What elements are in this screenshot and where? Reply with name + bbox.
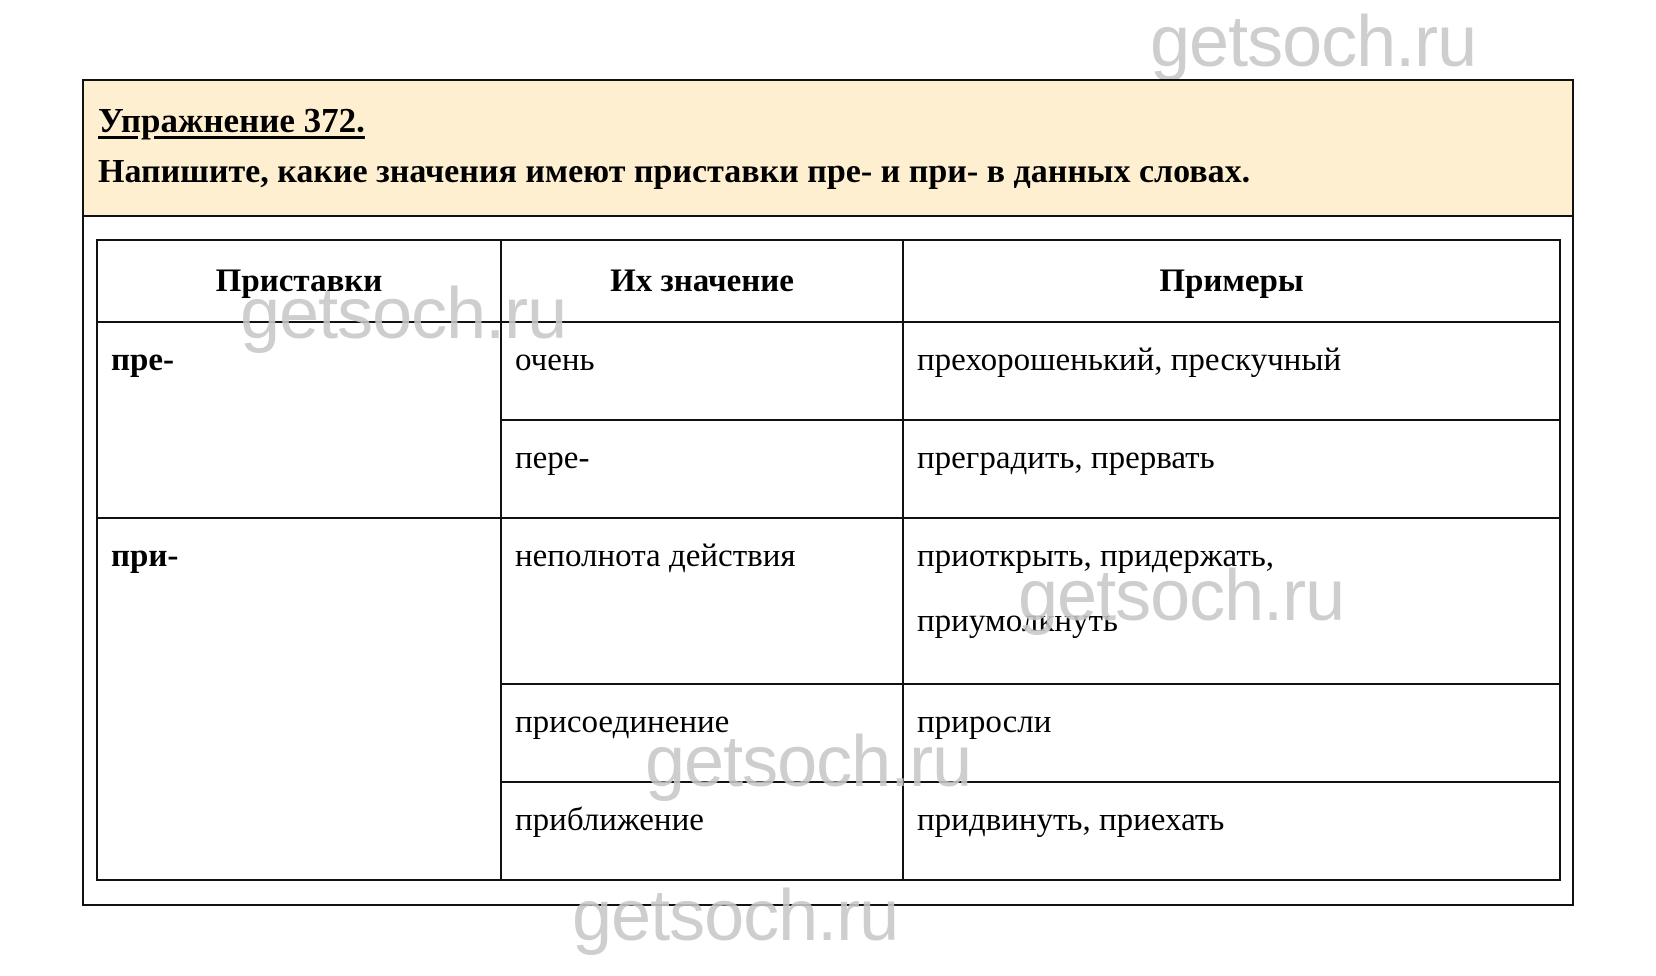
- meaning-text: неполнота действия: [515, 540, 889, 573]
- table-row: пре- очень прехорошенький, прескучный: [97, 322, 1560, 420]
- meaning-text: пере-: [515, 442, 889, 475]
- meaning-cell: очень: [501, 322, 903, 420]
- examples-text-continued: приумолкнуть: [917, 605, 1546, 638]
- table-row: при- неполнота действия приоткрыть, прид…: [97, 518, 1560, 684]
- meaning-text: приближение: [515, 804, 889, 837]
- examples-text: приоткрыть, придержать,: [917, 540, 1546, 573]
- exercise-prompt: Напишите, какие значения имеют приставки…: [98, 153, 1250, 191]
- watermark: getsoch.ru: [1150, 6, 1476, 78]
- examples-text: приросли: [917, 706, 1546, 739]
- meaning-cell: присоединение: [501, 684, 903, 782]
- prefix-label: при-: [111, 540, 487, 573]
- prefix-label: пре-: [111, 344, 487, 377]
- meaning-cell: пере-: [501, 420, 903, 518]
- table-header-row: Приставки Их значение Примеры: [97, 240, 1560, 322]
- column-header-prefixes: Приставки: [97, 240, 501, 322]
- column-header-meaning: Их значение: [501, 240, 903, 322]
- meaning-text: очень: [515, 344, 889, 377]
- meaning-cell: неполнота действия: [501, 518, 903, 684]
- exercise-title: Упражнение 372.: [98, 101, 365, 141]
- prefix-cell-pre: пре-: [97, 322, 501, 518]
- column-header-examples: Примеры: [903, 240, 1560, 322]
- prefix-cell-pri: при-: [97, 518, 501, 880]
- meaning-cell: приближение: [501, 782, 903, 880]
- examples-text: прехорошенький, прескучный: [917, 344, 1546, 377]
- examples-text: преградить, прервать: [917, 442, 1546, 475]
- examples-cell: придвинуть, приехать: [903, 782, 1560, 880]
- exercise-card: Упражнение 372. Напишите, какие значения…: [82, 79, 1574, 906]
- examples-cell: преградить, прервать: [903, 420, 1560, 518]
- meaning-text: присоединение: [515, 706, 889, 739]
- prefix-meaning-table: Приставки Их значение Примеры пре- очень…: [96, 239, 1561, 881]
- exercise-header: Упражнение 372. Напишите, какие значения…: [84, 81, 1572, 217]
- examples-cell: приросли: [903, 684, 1560, 782]
- examples-text: придвинуть, приехать: [917, 804, 1546, 837]
- examples-cell: прехорошенький, прескучный: [903, 322, 1560, 420]
- examples-cell: приоткрыть, придержать, приумолкнуть: [903, 518, 1560, 684]
